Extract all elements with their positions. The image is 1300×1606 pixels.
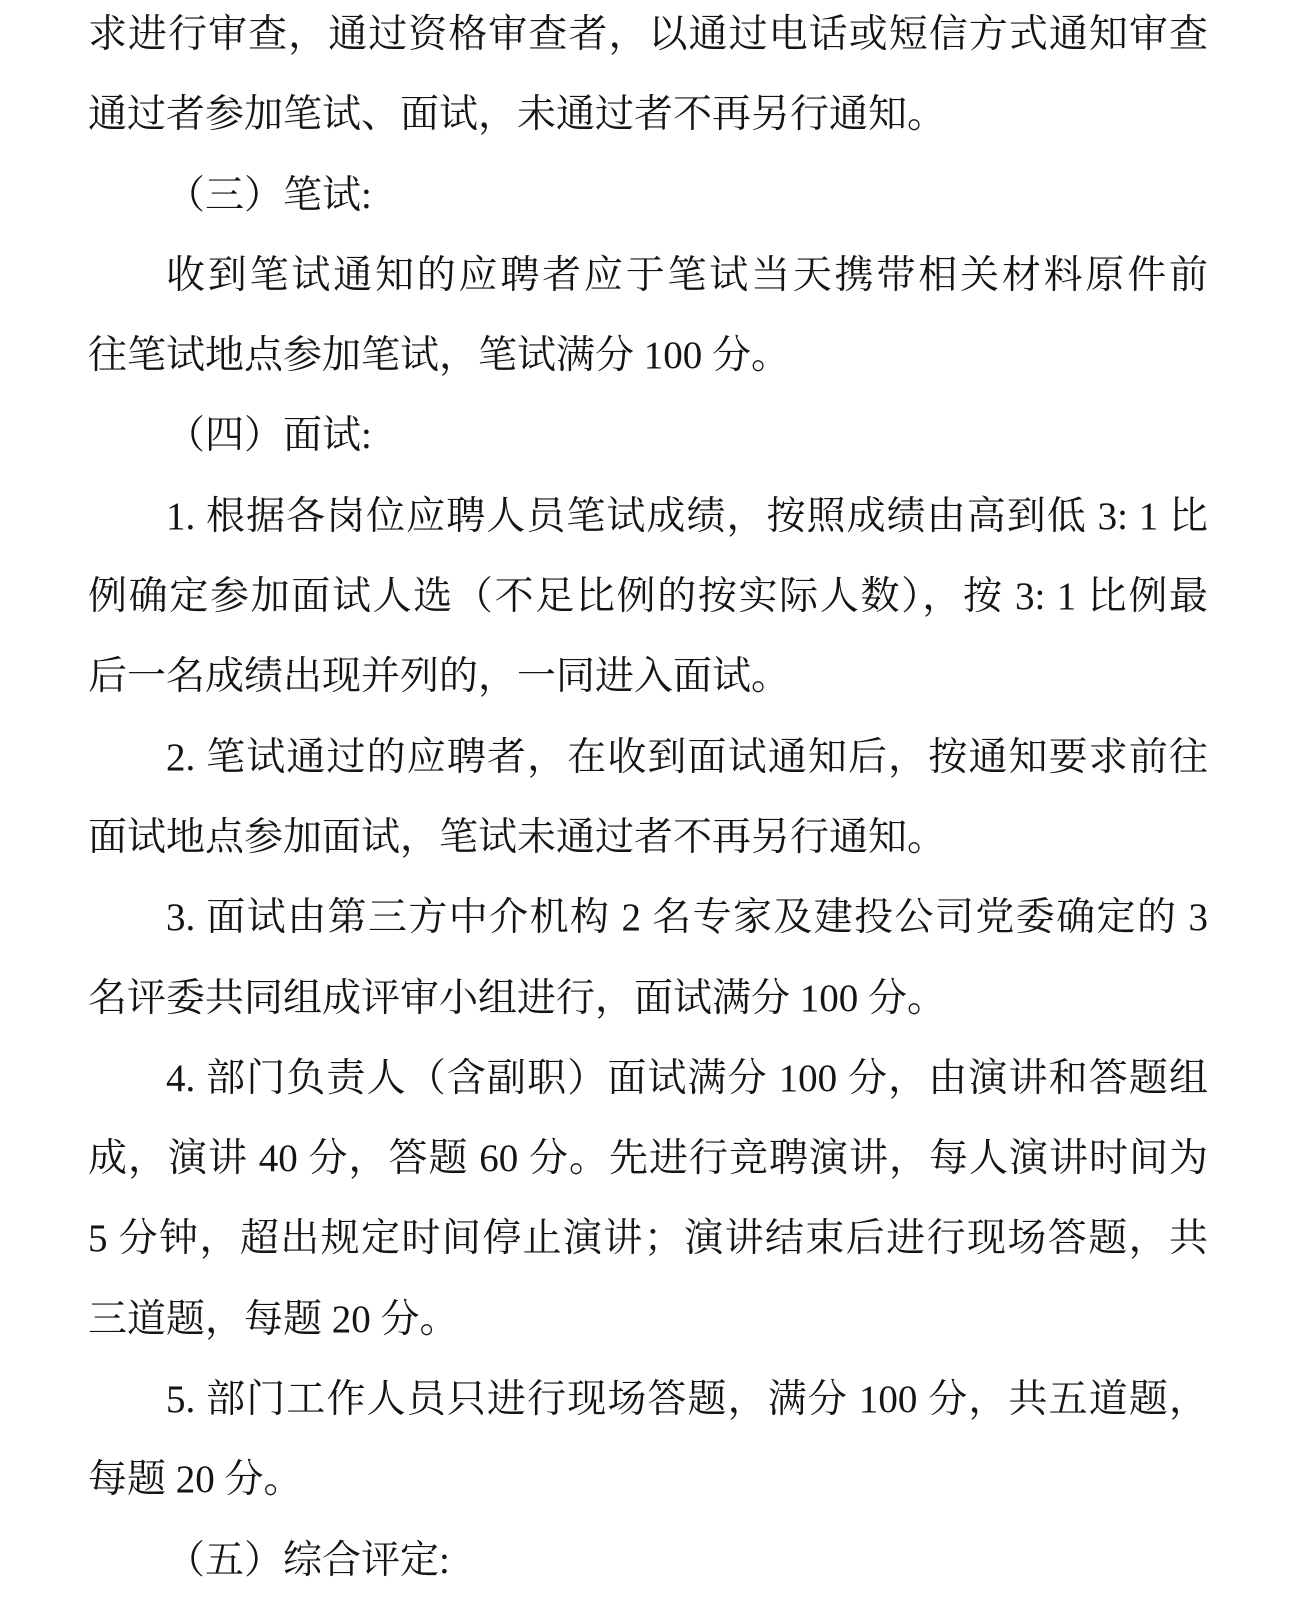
text-line: 三道题，每题 20 分。 xyxy=(88,1280,1208,1360)
text-line: 面试地点参加面试，笔试未通过者不再另行通知。 xyxy=(88,798,1208,878)
text-line: 名评委共同组成评审小组进行，面试满分 100 分。 xyxy=(88,959,1208,1039)
text-line: 收到笔试通知的应聘者应于笔试当天携带相关材料原件前 xyxy=(88,236,1208,316)
text-line: （五）综合评定: xyxy=(88,1521,1208,1601)
text-line: 5 分钟，超出规定时间停止演讲；演讲结束后进行现场答题，共 xyxy=(88,1199,1208,1279)
text-line: 2. 笔试通过的应聘者，在收到面试通知后，按通知要求前往 xyxy=(88,718,1208,798)
text-line: 5. 部门工作人员只进行现场答题，满分 100 分，共五道题， xyxy=(88,1360,1208,1440)
text-line: 通过者参加笔试、面试，未通过者不再另行通知。 xyxy=(88,75,1208,155)
text-line: 1. 根据各岗位应聘人员笔试成绩，按照成绩由高到低 3: 1 比 xyxy=(88,477,1208,557)
text-line: 求进行审查，通过资格审查者，以通过电话或短信方式通知审查 xyxy=(88,0,1208,75)
text-line: 例确定参加面试人选（不足比例的按实际人数），按 3: 1 比例最 xyxy=(88,557,1208,637)
text-line: 3. 面试由第三方中介机构 2 名专家及建投公司党委确定的 3 xyxy=(88,878,1208,958)
text-line: 成，演讲 40 分，答题 60 分。先进行竞聘演讲，每人演讲时间为 xyxy=(88,1119,1208,1199)
text-line: 4. 部门负责人（含副职）面试满分 100 分，由演讲和答题组 xyxy=(88,1039,1208,1119)
text-line: 往笔试地点参加笔试，笔试满分 100 分。 xyxy=(88,316,1208,396)
text-line: （四）面试: xyxy=(88,396,1208,476)
document-viewport: { "colors": { "page_background": "#fffff… xyxy=(0,0,1300,1606)
text-line: （三）笔试: xyxy=(88,156,1208,236)
text-line: 每题 20 分。 xyxy=(88,1440,1208,1520)
document-page: 求进行审查，通过资格审查者，以通过电话或短信方式通知审查 通过者参加笔试、面试，… xyxy=(88,0,1208,1601)
text-line: 后一名成绩出现并列的，一同进入面试。 xyxy=(88,637,1208,717)
